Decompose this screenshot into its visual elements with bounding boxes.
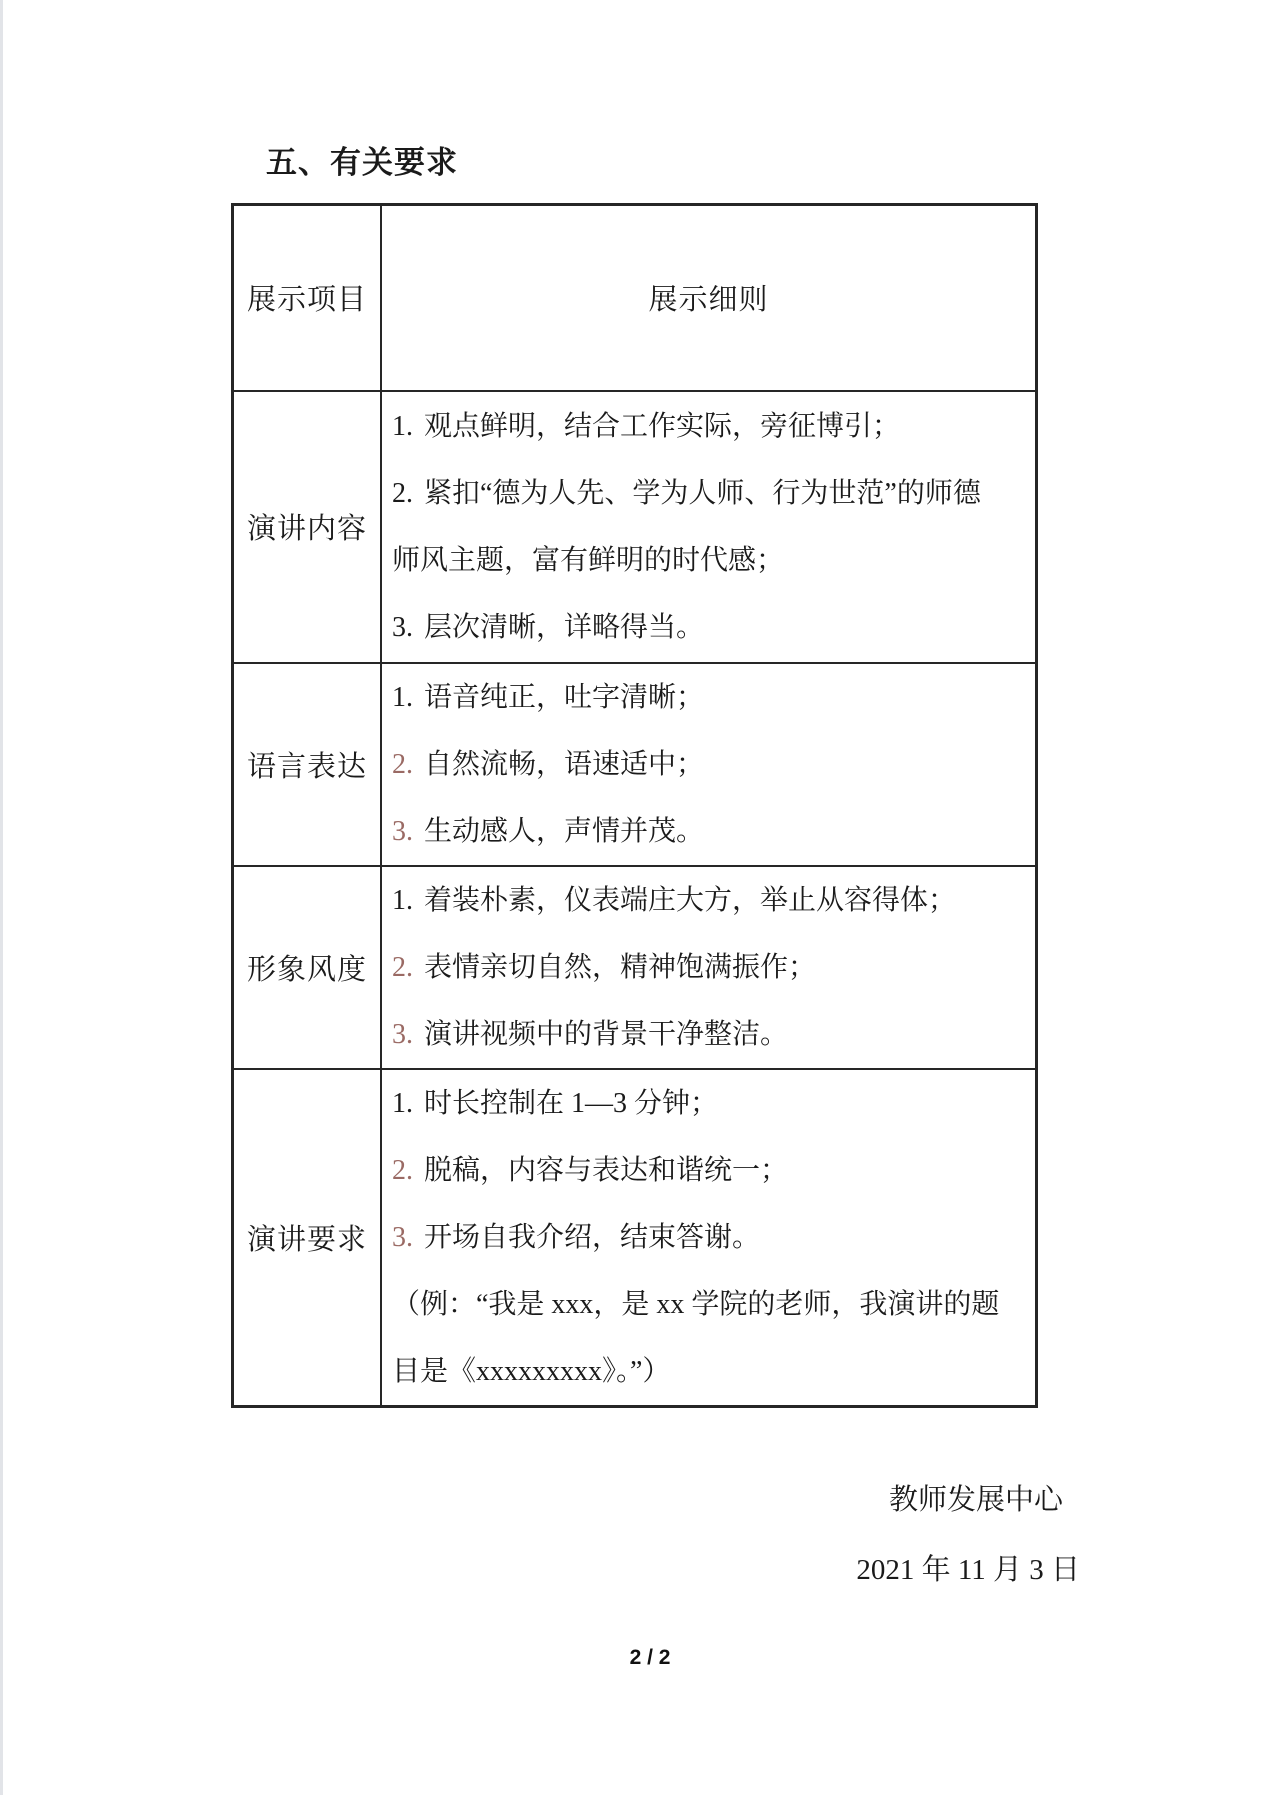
item-text: 时长控制在 1—3 分钟； xyxy=(424,1088,718,1119)
item-text: 语音纯正，吐字清晰； xyxy=(424,682,704,713)
row-label: 演讲要求 xyxy=(234,1070,382,1405)
page-left-edge xyxy=(0,0,3,1795)
row-details: 1.语音纯正，吐字清晰； 2.自然流畅，语速适中； 3.生动感人，声情并茂。 xyxy=(382,664,1035,865)
detail-item: 2.表情亲切自然，精神饱满振作； xyxy=(392,934,1005,1001)
table-row-language-expression: 语言表达 1.语音纯正，吐字清晰； 2.自然流畅，语速适中； 3.生动感人，声情… xyxy=(234,662,1035,865)
section-title: 五、有关要求 xyxy=(266,137,458,182)
table-row-speech-content: 演讲内容 1.观点鲜明，结合工作实际，旁征博引； 2.紧扣“德为人先、学为人师、… xyxy=(234,390,1035,662)
document-page: 五、有关要求 展示项目 展示细则 演讲内容 1.观点鲜明，结合工作实际，旁征博引… xyxy=(0,0,1284,1795)
page-number-indicator: 2 / 2 xyxy=(630,1646,671,1670)
item-number: 1. xyxy=(392,682,413,713)
detail-item: 2.自然流畅，语速适中； xyxy=(392,731,1005,798)
header-item-column: 展示项目 xyxy=(234,206,382,390)
item-number: 1. xyxy=(392,1088,413,1119)
row-label: 演讲内容 xyxy=(234,392,382,662)
detail-item: 1.时长控制在 1—3 分钟； xyxy=(392,1070,1005,1137)
item-text: 紧扣“德为人先、学为人师、行为世范”的师德师风主题，富有鲜明的时代感； xyxy=(392,478,981,576)
requirements-table: 展示项目 展示细则 演讲内容 1.观点鲜明，结合工作实际，旁征博引； 2.紧扣“… xyxy=(231,203,1038,1408)
item-number: 3. xyxy=(392,612,413,643)
detail-item: 2.紧扣“德为人先、学为人师、行为世范”的师德师风主题，富有鲜明的时代感； xyxy=(392,460,1005,594)
item-number: 3. xyxy=(392,1222,413,1253)
row-details: 1.观点鲜明，结合工作实际，旁征博引； 2.紧扣“德为人先、学为人师、行为世范”… xyxy=(382,392,1035,662)
item-number: 1. xyxy=(392,885,413,916)
row-label: 语言表达 xyxy=(234,664,382,865)
item-number: 2. xyxy=(392,1155,413,1186)
detail-item: 2.脱稿，内容与表达和谐统一； xyxy=(392,1137,1005,1204)
item-text: 自然流畅，语速适中； xyxy=(424,749,704,780)
item-number: 1. xyxy=(392,411,413,442)
item-number: 3. xyxy=(392,1019,413,1050)
header-detail-label: 展示细则 xyxy=(648,277,768,318)
detail-item: 1.观点鲜明，结合工作实际，旁征博引； xyxy=(392,393,1005,460)
item-text: （例：“我是 xxx，是 xx 学院的老师，我演讲的题目是《xxxxxxxxx》… xyxy=(392,1289,999,1387)
row-label: 形象风度 xyxy=(234,867,382,1068)
item-number: 2. xyxy=(392,478,413,509)
table-row-image-demeanor: 形象风度 1.着装朴素，仪表端庄大方，举止从容得体； 2.表情亲切自然，精神饱满… xyxy=(234,865,1035,1068)
item-text: 生动感人，声情并茂。 xyxy=(424,816,704,847)
row-details: 1.时长控制在 1—3 分钟； 2.脱稿，内容与表达和谐统一； 3.开场自我介绍… xyxy=(382,1070,1035,1405)
detail-item: 3.开场自我介绍，结束答谢。 xyxy=(392,1204,1005,1271)
detail-item: 3.层次清晰，详略得当。 xyxy=(392,594,1005,661)
detail-item-example: （例：“我是 xxx，是 xx 学院的老师，我演讲的题目是《xxxxxxxxx》… xyxy=(392,1271,1005,1405)
item-number: 2. xyxy=(392,749,413,780)
item-text: 着装朴素，仪表端庄大方，举止从容得体； xyxy=(424,885,956,916)
item-text: 表情亲切自然，精神饱满振作； xyxy=(424,952,816,983)
detail-item: 3.演讲视频中的背景干净整洁。 xyxy=(392,1001,1005,1068)
signature-organization: 教师发展中心 xyxy=(889,1477,1063,1518)
detail-item: 1.语音纯正，吐字清晰； xyxy=(392,664,1005,731)
detail-item: 1.着装朴素，仪表端庄大方，举止从容得体； xyxy=(392,867,1005,934)
item-number: 2. xyxy=(392,952,413,983)
header-detail-column: 展示细则 xyxy=(382,206,1035,390)
table-header-row: 展示项目 展示细则 xyxy=(234,206,1035,390)
item-text: 观点鲜明，结合工作实际，旁征博引； xyxy=(424,411,900,442)
item-text: 开场自我介绍，结束答谢。 xyxy=(424,1222,760,1253)
item-number: 3. xyxy=(392,816,413,847)
signature-date: 2021 年 11 月 3 日 xyxy=(856,1547,1080,1588)
row-details: 1.着装朴素，仪表端庄大方，举止从容得体； 2.表情亲切自然，精神饱满振作； 3… xyxy=(382,867,1035,1068)
table-row-speech-requirements: 演讲要求 1.时长控制在 1—3 分钟； 2.脱稿，内容与表达和谐统一； 3.开… xyxy=(234,1068,1035,1405)
item-text: 演讲视频中的背景干净整洁。 xyxy=(424,1019,788,1050)
item-text: 脱稿，内容与表达和谐统一； xyxy=(424,1155,788,1186)
item-text: 层次清晰，详略得当。 xyxy=(424,612,704,643)
detail-item: 3.生动感人，声情并茂。 xyxy=(392,798,1005,865)
